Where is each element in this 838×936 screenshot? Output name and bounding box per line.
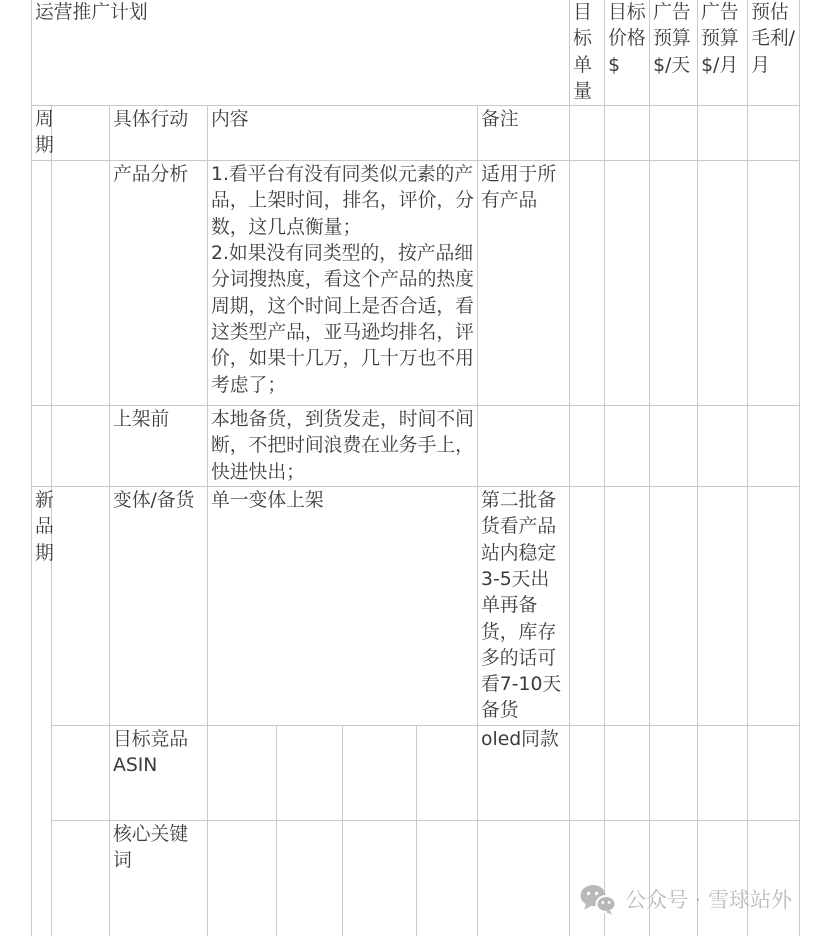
cell-note-pre-launch xyxy=(478,406,570,487)
header-note: 备注 xyxy=(478,106,570,161)
content-subcell xyxy=(417,725,478,820)
watermark-text: 公众号 · 雪球站外 xyxy=(625,886,792,914)
empty-cell xyxy=(570,725,605,820)
header-target-volume: 目标单量 xyxy=(570,0,605,106)
empty-cell xyxy=(748,487,800,726)
empty-cell xyxy=(570,161,605,406)
empty-cell xyxy=(570,487,605,726)
empty-cell xyxy=(570,820,605,936)
header-action: 具体行动 xyxy=(110,106,208,161)
empty-cell xyxy=(698,725,748,820)
content-subcell xyxy=(277,820,343,936)
cell-action-pre-launch: 上架前 xyxy=(110,406,208,487)
empty-cell xyxy=(748,820,800,936)
empty-cell xyxy=(650,406,698,487)
cell-action-core-keywords: 核心关键词 xyxy=(110,820,208,936)
wechat-icon xyxy=(580,884,616,915)
empty-cell xyxy=(650,161,698,406)
empty-cell xyxy=(698,106,748,161)
content-subcell xyxy=(343,725,417,820)
empty-cell xyxy=(748,725,800,820)
empty-cell xyxy=(650,820,698,936)
empty-cell xyxy=(698,161,748,406)
content-subcell xyxy=(208,820,277,936)
empty-cell xyxy=(650,487,698,726)
empty-cell xyxy=(650,725,698,820)
cell-note-core-keywords xyxy=(478,820,570,936)
cell-note-product-analysis: 适用于所有产品 xyxy=(478,161,570,406)
header-target-price: 目标价格$ xyxy=(605,0,650,106)
content-subcell xyxy=(417,820,478,936)
header-cycle: 周期 xyxy=(32,106,52,161)
promotion-plan-table: 运营推广计划 目标单量 目标价格$ 广告预算$/天 广告预算$/月 预估毛利/月… xyxy=(31,0,800,936)
empty-cell xyxy=(52,725,110,820)
cell-action-product-analysis: 产品分析 xyxy=(110,161,208,406)
cell-content-pre-launch: 本地备货，到货发走，时间不间断，不把时间浪费在业务手上，快进快出； xyxy=(208,406,478,487)
cell-action-target-competitor-asin: 目标竞品ASIN xyxy=(110,725,208,820)
cell-action-variant-stock: 变体/备货 xyxy=(110,487,208,726)
empty-cell xyxy=(52,820,110,936)
empty-cell xyxy=(605,820,650,936)
empty-cell xyxy=(748,106,800,161)
empty-cell xyxy=(570,406,605,487)
empty-cell xyxy=(52,406,110,487)
empty-cell xyxy=(605,487,650,726)
header-content: 内容 xyxy=(208,106,478,161)
empty-cell xyxy=(698,487,748,726)
empty-cell xyxy=(605,725,650,820)
cell-note-target-competitor-asin: oled同款 xyxy=(478,725,570,820)
empty-cell xyxy=(650,106,698,161)
empty-cell xyxy=(605,106,650,161)
header-ad-budget-month: 广告预算$/月 xyxy=(698,0,748,106)
phase-cell-new-product: 新品期 xyxy=(32,487,52,936)
empty-cell xyxy=(605,406,650,487)
content-subcell xyxy=(277,725,343,820)
empty-cell xyxy=(698,820,748,936)
empty-cell xyxy=(52,487,110,726)
empty-cell xyxy=(52,161,110,406)
empty-cell xyxy=(570,106,605,161)
header-ad-budget-day: 广告预算$/天 xyxy=(650,0,698,106)
sheet-title: 运营推广计划 xyxy=(32,0,570,106)
empty-cell xyxy=(748,406,800,487)
empty-cell xyxy=(32,406,52,487)
empty-cell xyxy=(52,106,110,161)
empty-cell xyxy=(32,161,52,406)
page: 运营推广计划 目标单量 目标价格$ 广告预算$/天 广告预算$/月 预估毛利/月… xyxy=(0,0,838,936)
content-subcell xyxy=(343,820,417,936)
cell-note-variant-stock: 第二批备货看产品站内稳定3-5天出单再备货，库存多的话可看7-10天备货 xyxy=(478,487,570,726)
empty-cell xyxy=(748,161,800,406)
content-subcell xyxy=(208,725,277,820)
empty-cell xyxy=(605,161,650,406)
header-est-profit-month: 预估毛利/月 xyxy=(748,0,800,106)
empty-cell xyxy=(698,406,748,487)
watermark: 公众号 · 雪球站外 xyxy=(580,884,792,915)
cell-content-product-analysis: 1.看平台有没有同类似元素的产品，上架时间，排名，评价，分数，这几点衡量； 2.… xyxy=(208,161,478,406)
cell-content-variant-stock: 单一变体上架 xyxy=(208,487,478,726)
